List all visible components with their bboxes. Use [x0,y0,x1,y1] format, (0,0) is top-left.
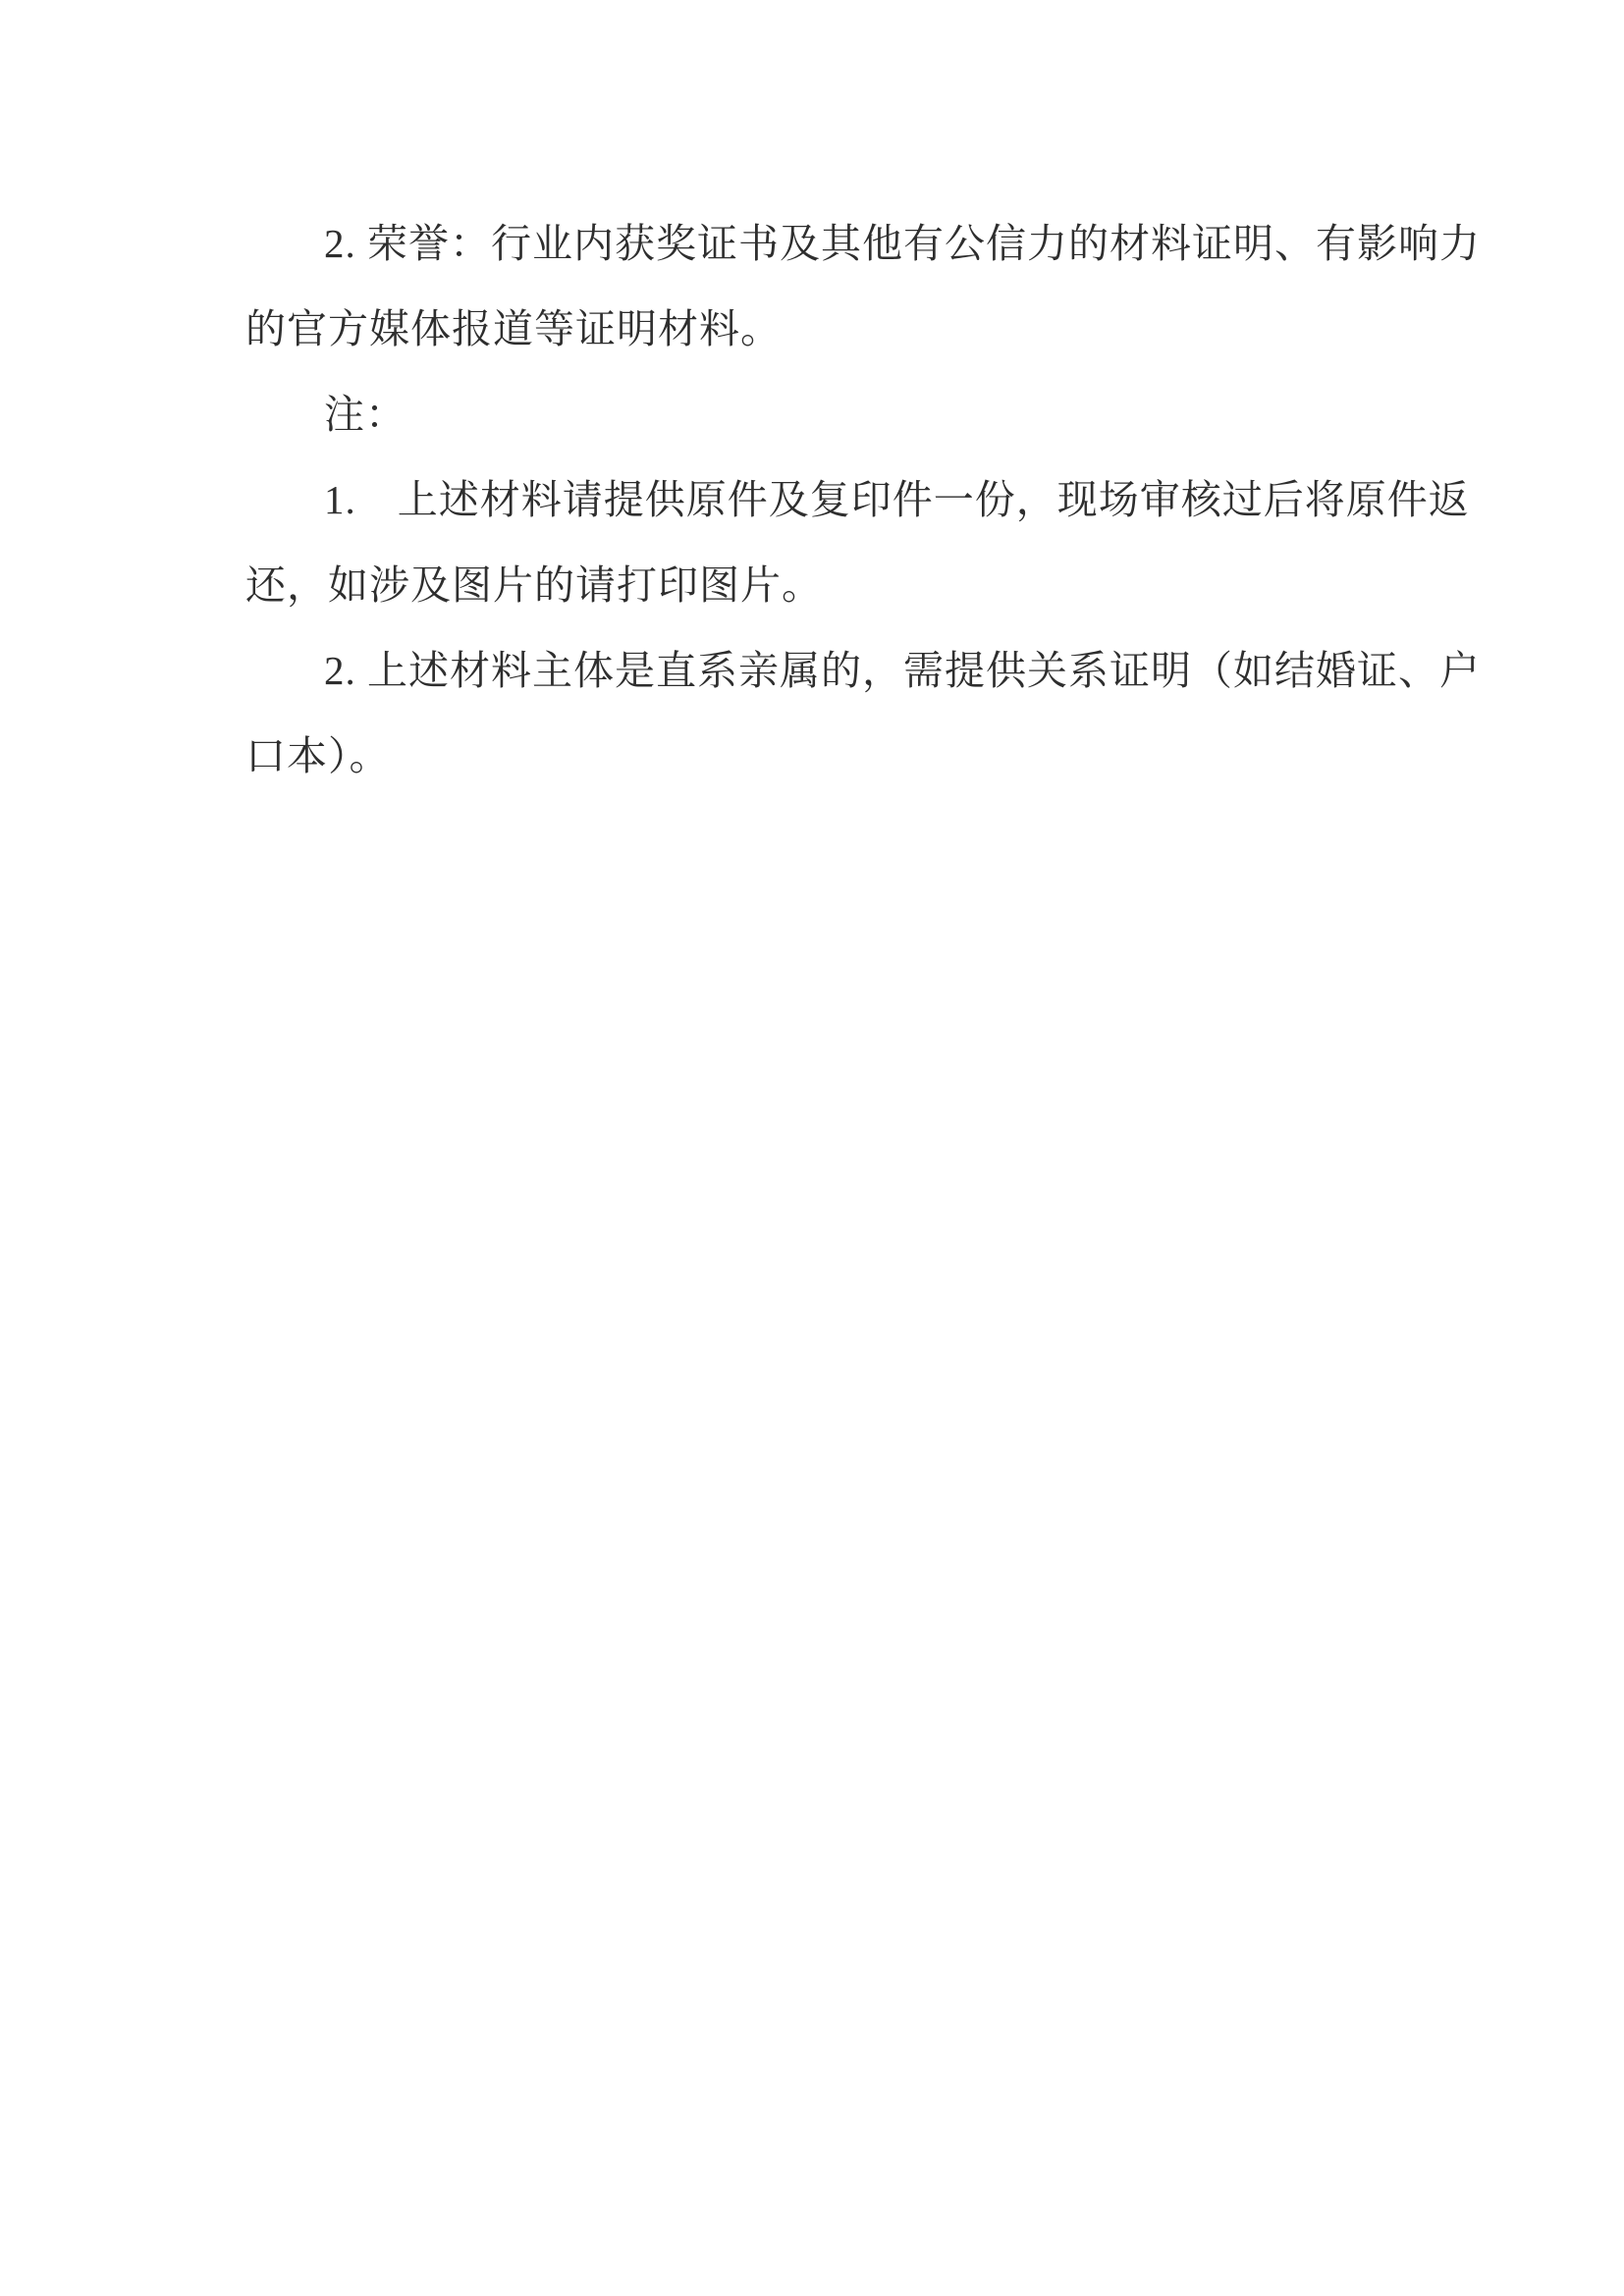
text-line-note1-wrap: 还，如涉及图片的请打印图片。 [245,543,1384,628]
text-line-note-heading: 注： [245,372,1384,457]
text-line-honor-wrap: 的官方媒体报道等证明材料。 [245,287,1384,372]
text-line-note1-intro: 1. 上述材料请提供原件及复印件一份，现场审核过后将原件返 [245,457,1384,543]
text-line-honor-intro: 2. 荣誉：行业内获奖证书及其他有公信力的材料证明、有影响力 [245,201,1384,287]
text-line-note2-wrap: 口本）。 [245,714,1384,799]
document-text-block: 2. 荣誉：行业内获奖证书及其他有公信力的材料证明、有影响力 的官方媒体报道等证… [245,201,1384,799]
document-page: 2. 荣誉：行业内获奖证书及其他有公信力的材料证明、有影响力 的官方媒体报道等证… [0,0,1624,2296]
text-line-note2-intro: 2. 上述材料主体是直系亲属的，需提供关系证明（如结婚证、户 [245,628,1384,714]
